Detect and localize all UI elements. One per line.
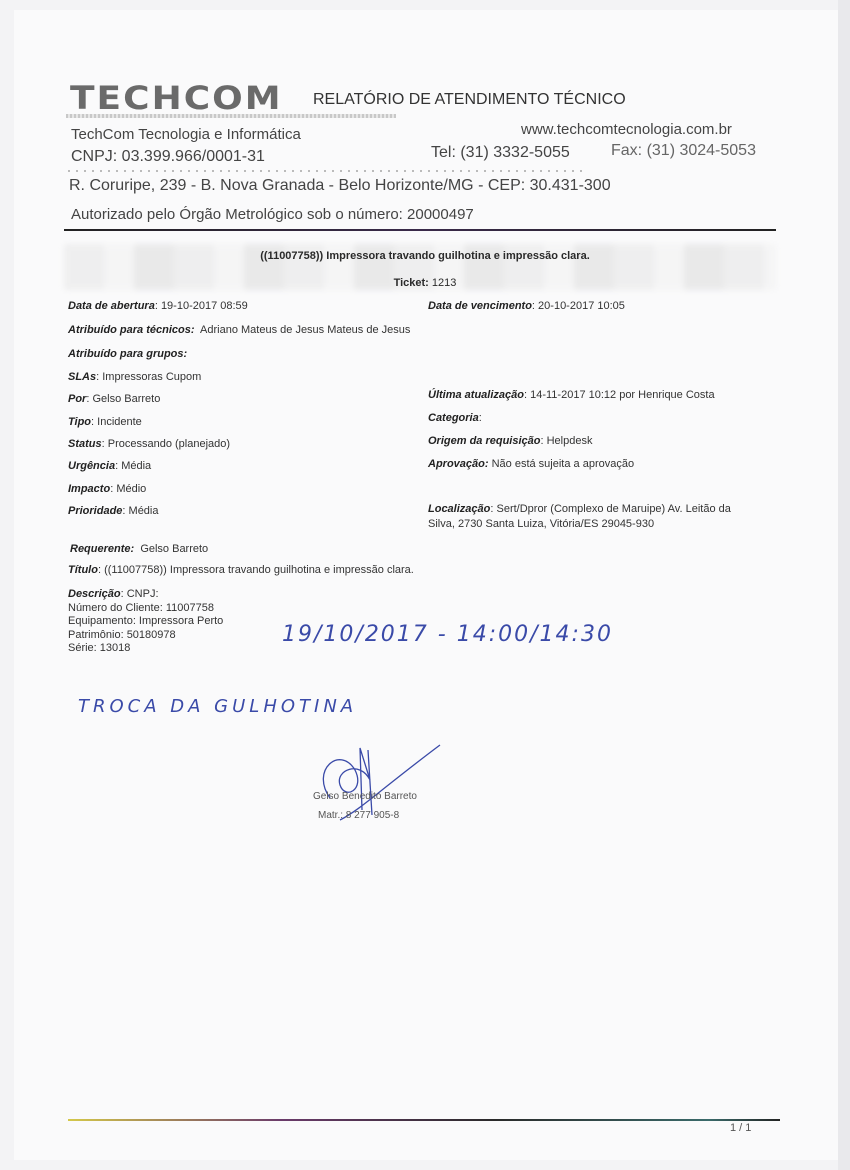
signature-matricula: Matr.: 8 277 905-8 — [318, 810, 399, 821]
ticket-number: 1213 — [432, 277, 456, 289]
field-origem: Origem da requisição: Helpdesk — [428, 435, 592, 447]
field-descricao: Descrição: CNPJ: Número do Cliente: 1100… — [68, 588, 223, 656]
ticket-label: Ticket: — [394, 277, 429, 289]
field-aprovacao: Aprovação: Não está sujeita a aprovação — [428, 458, 634, 470]
page-number: 1 / 1 — [730, 1122, 751, 1134]
footer-divider — [68, 1119, 780, 1121]
header-divider — [64, 229, 776, 231]
company-fax: Fax: (31) 3024-5053 — [611, 142, 756, 160]
dotted-separator — [68, 170, 588, 172]
description-line: Equipamento: Impressora Perto — [68, 615, 223, 627]
field-data-abertura: Data de abertura: 19-10-2017 08:59 — [68, 300, 248, 312]
field-grupos: Atribuído para grupos: — [68, 348, 187, 360]
company-address: R. Coruripe, 239 - B. Nova Granada - Bel… — [69, 177, 611, 195]
field-tecnicos: Atribuído para técnicos: Adriano Mateus … — [68, 324, 410, 336]
logo-underline — [66, 114, 396, 118]
description-line: Número do Cliente: 11007758 — [68, 602, 214, 614]
field-por: Por: Gelso Barreto — [68, 393, 160, 405]
company-cnpj: CNPJ: 03.399.966/0001-31 — [71, 148, 265, 166]
company-tel: Tel: (31) 3332-5055 — [431, 144, 570, 162]
scan-edge — [838, 0, 850, 1170]
field-ultima-atualizacao: Última atualização: 14-11-2017 10:12 por… — [428, 389, 715, 401]
field-tipo: Tipo: Incidente — [68, 416, 142, 428]
field-data-vencimento: Data de vencimento: 20-10-2017 10:05 — [428, 300, 625, 312]
company-name: TechCom Tecnologia e Informática — [71, 126, 301, 143]
field-titulo: Título: ((11007758)) Impressora travando… — [68, 564, 414, 576]
description-line: Série: 13018 — [68, 642, 130, 654]
report-title: RELATÓRIO DE ATENDIMENTO TÉCNICO — [313, 91, 626, 109]
field-impacto: Impacto: Médio — [68, 483, 146, 495]
signature-name: Gelso Benedito Barreto — [313, 791, 417, 802]
handwritten-note: TROCA DA GULHOTINA — [78, 696, 357, 717]
field-status: Status: Processando (planejado) — [68, 438, 230, 450]
handwritten-datetime: 19/10/2017 - 14:00/14:30 — [282, 622, 613, 647]
field-urgencia: Urgência: Média — [68, 460, 151, 472]
field-requerente: Requerente: Gelso Barreto — [70, 543, 208, 555]
field-categoria: Categoria: — [428, 412, 482, 424]
ticket-title: ((11007758)) Impressora travando guilhot… — [0, 250, 850, 262]
ticket-number-line: Ticket: 1213 — [0, 277, 850, 289]
description-line: Patrimônio: 50180978 — [68, 629, 176, 641]
techcom-logo: TECHCOM — [70, 80, 283, 117]
field-slas: SLAs: Impressoras Cupom — [68, 371, 201, 383]
signature-scribble — [300, 740, 450, 840]
field-localizacao: Localização: Sert/Dpror (Complexo de Mar… — [428, 502, 731, 532]
metrology-authorization: Autorizado pelo Órgão Metrológico sob o … — [71, 206, 474, 223]
company-website: www.techcomtecnologia.com.br — [521, 121, 732, 138]
field-prioridade: Prioridade: Média — [68, 505, 159, 517]
